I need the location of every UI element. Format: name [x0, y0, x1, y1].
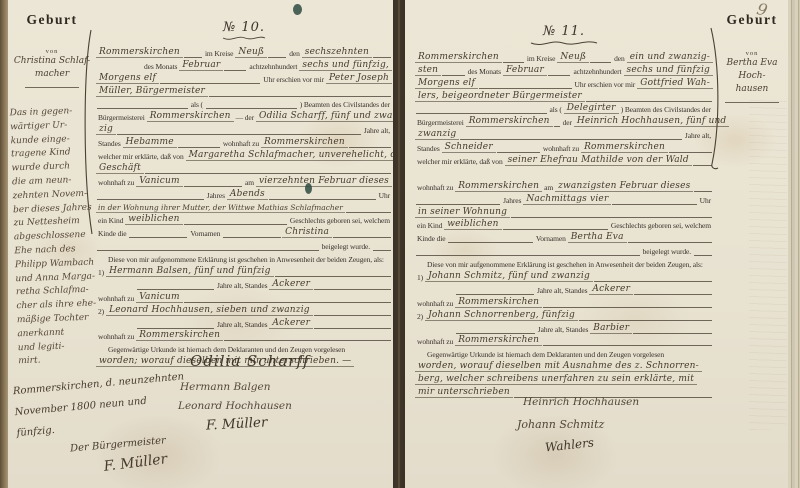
printed-form-text: im Kreise	[525, 54, 557, 63]
handwritten-entry-text: Abends	[227, 189, 268, 200]
form-lines: Rommerskirchenim KreiseNeußdensechszehnt…	[96, 45, 392, 367]
printed-form-text: wohnhaft zu	[541, 144, 581, 153]
printed-form-text: 2)	[415, 312, 425, 321]
printed-form-text: 1)	[415, 273, 425, 282]
fill-rule	[503, 228, 608, 230]
fill-rule	[543, 306, 712, 308]
fill-rule	[586, 100, 712, 102]
printed-form-text: Vornamen	[188, 229, 222, 238]
printed-form-text: Jahres	[205, 191, 227, 200]
form-line: StandesSchneiderwohnhaft zuRommerskirche…	[415, 140, 713, 153]
form-line: wohnhaft zuRommerskirchen	[96, 329, 392, 342]
handwritten-entry-text: Rommerskirchen	[415, 52, 502, 63]
birth-label: Geburt	[719, 12, 785, 28]
form-line: beigelegt wurde.	[415, 243, 713, 256]
handwritten-entry-text: seiner Ehefrau Mathilde von der Wald	[505, 155, 692, 166]
handwritten-entry-text: Februar	[503, 65, 547, 76]
fill-rule	[160, 82, 260, 84]
handwritten-entry-text: Geschäft	[96, 163, 144, 174]
right-margin-column: Geburt von Bertha Eva Hoch- hausen	[719, 12, 785, 103]
form-line: in seiner Wohnung	[415, 205, 713, 218]
entry-number: № 10.	[96, 20, 392, 35]
form-line: JahresAbendsUhr	[96, 187, 392, 200]
handwritten-entry-text: Leonard Hochhausen, sieben und zwanzig	[106, 305, 313, 316]
printed-form-text: am	[243, 178, 256, 187]
spacer	[96, 70, 142, 71]
handwritten-entry-text: zwanzig	[415, 129, 459, 140]
handwritten-entry-text: Ackerer	[589, 284, 633, 295]
printed-form-text: wohnhaft zu	[96, 178, 136, 187]
fill-rule	[184, 223, 287, 225]
printed-form-text: Kinde die	[415, 234, 447, 243]
margin-note-line: abgeschlossene	[14, 229, 90, 245]
form-line: wohnhaft zuRommerskirchenamzwanzigsten F…	[415, 179, 713, 192]
fill-rule	[268, 56, 286, 58]
fill-rule	[137, 288, 214, 290]
form-line: 1)Hermann Balsen, fünf und fünfzig	[96, 264, 392, 277]
printed-form-text: Bürgermeisterei	[96, 113, 147, 122]
handwritten-entry-text: lers, beigeordneter Bürgermeister	[415, 91, 585, 102]
form-line: BürgermeistereiRommerskirchenderHeinrich…	[415, 114, 713, 127]
margin-note-line: mirt.	[18, 353, 94, 369]
handwritten-entry-text: Morgens elf	[415, 78, 478, 89]
form-body: № 10. Rommerskirchenim KreiseNeußdensech…	[96, 20, 392, 367]
fill-rule	[346, 211, 391, 213]
fill-rule	[511, 216, 712, 218]
fill-rule	[590, 61, 611, 63]
fill-rule	[503, 61, 524, 63]
handwritten-entry-text: weiblichen	[125, 214, 182, 225]
spacer	[415, 333, 455, 334]
printed-form-text: — der	[234, 113, 256, 122]
fill-rule	[548, 74, 570, 76]
printed-form-text: Diese von mir aufgenommene Erklärung ist…	[106, 255, 386, 264]
fill-rule-short	[694, 254, 712, 256]
printed-form-text: ) Beamten des Civilstandes der	[619, 105, 713, 114]
handwritten-entry-text: Schneider	[442, 142, 496, 153]
handwritten-entry-text: Rommerskirchen	[466, 116, 553, 127]
handwritten-entry-text: sechszehnten	[302, 47, 372, 58]
fill-rule	[223, 236, 281, 238]
form-line: des MonatsFebruarachtzehnhundertsechs un…	[96, 58, 392, 71]
printed-form-text: Jahre alt, Standes	[215, 281, 269, 290]
form-line: 2)Johann Schnorrenberg, fünfzig	[415, 308, 713, 321]
fill-rule	[97, 198, 204, 200]
handwritten-entry-text: sechs und fünfzig	[624, 65, 714, 76]
printed-form-text: Uhr	[377, 191, 392, 200]
form-line: Müller, Bürgermeister	[96, 84, 392, 97]
fill-rule	[373, 56, 391, 58]
handwritten-entry-text: zwanzigsten Februar dieses	[555, 181, 693, 192]
handwritten-entry-text: Ackerer	[269, 318, 313, 329]
handwritten-entry-text: Delegirter	[564, 103, 619, 114]
spacer	[96, 328, 136, 329]
form-line: StandesHebammewohnhaft zuRommerskirchen	[96, 135, 392, 148]
legitimation-note-closing: Rommerskirchen, d. neunzehnten November …	[12, 363, 230, 480]
signature-registrar: Wahlers	[544, 435, 594, 454]
printed-form-text: Geschlechts geboren sei, welchem	[609, 221, 713, 230]
fill-rule	[97, 107, 188, 109]
spacer	[415, 268, 425, 269]
printed-form-text: Jahres	[501, 196, 523, 205]
handwritten-entry-text: Neuß	[557, 52, 589, 63]
handwritten-entry-text: worden, worauf dieselben mit Ausnahme de…	[415, 361, 702, 372]
form-line: 2)Leonard Hochhausen, sieben und zwanzig	[96, 303, 392, 316]
printed-form-text: als (	[189, 100, 205, 109]
signature-witness-1: Johann Schmitz	[517, 418, 604, 431]
handwritten-entry-text: Ackerer	[269, 279, 313, 290]
spacer	[415, 294, 455, 295]
margin-note-line: mäßige Tochter	[17, 312, 93, 328]
fill-rule	[543, 344, 712, 346]
printed-form-text: Jahre alt, Standes	[536, 325, 590, 334]
fill-rule	[137, 327, 214, 329]
printed-form-text: des Monats	[466, 67, 503, 76]
form-line: als (Delegirter) Beamten des Civilstande…	[415, 102, 713, 115]
form-line: welcher mir erklärte, daß vonseiner Ehef…	[415, 153, 713, 166]
handwritten-entry-text: berg, welcher schreibens unerfahren zu s…	[415, 374, 697, 385]
handwritten-entry-text: Rommerskirchen	[455, 335, 542, 346]
register-book-photo: Geburt von Christina Schlaf- macher Das …	[0, 0, 800, 488]
handwritten-entry-text: Margaretha Schlafmacher, unverehelicht, …	[186, 150, 393, 161]
printed-form-text: den	[612, 54, 627, 63]
handwritten-entry-text: weiblichen	[444, 219, 501, 230]
printed-form-text: der	[561, 118, 574, 127]
printed-form-text: wohnhaft zu	[415, 183, 455, 192]
fill-rule	[479, 87, 571, 89]
handwritten-entry-text: Neuß	[235, 47, 267, 58]
handwritten-entry-text: sechs und fünfzig,	[299, 60, 392, 71]
fill-rule-short	[373, 249, 391, 251]
form-line: Morgens elfUhr erschien vor mirGottfried…	[415, 76, 713, 89]
register-page-right: № 11. Rommerskirchenim KreiseNeußdenein …	[405, 0, 788, 488]
fill-rule	[442, 74, 464, 76]
fill-rule	[594, 280, 712, 282]
fill-rule	[224, 69, 246, 71]
flourish-ornament	[221, 35, 267, 42]
fill-rule	[184, 301, 391, 303]
handwritten-entry-text: sten	[415, 65, 441, 76]
printed-form-text: des Monats	[142, 62, 179, 71]
printed-form-text: Standes	[415, 144, 442, 153]
handwritten-entry-text: Vanicum	[136, 292, 183, 303]
fill-rule	[416, 254, 640, 256]
form-line: stendes MonatsFebruarachtzehnhundertsech…	[415, 63, 713, 76]
child-name-margin: hausen	[719, 83, 785, 96]
fill-rule	[314, 314, 391, 316]
handwritten-entry-text: Rommerskirchen	[96, 47, 183, 58]
form-line: wohnhaft zuRommerskirchen	[415, 295, 713, 308]
handwritten-entry-text: Johann Schmitz, fünf und zwanzig	[425, 271, 593, 282]
ink-stain	[305, 183, 312, 194]
form-line: Geschäft	[96, 161, 392, 174]
fill-rule	[209, 95, 391, 97]
form-line: Morgens elfUhr erschien vor mirPeter Jos…	[96, 71, 392, 84]
form-line: JahresNachmittags vierUhr	[415, 192, 713, 205]
handwritten-entry-text: in der Wohnung ihrer Mutter, der Wittwe …	[96, 203, 345, 213]
fill-rule	[497, 151, 540, 153]
fill-rule	[206, 107, 297, 109]
ink-stain	[293, 4, 302, 15]
spacer	[96, 289, 136, 290]
form-line: 1)Johann Schmitz, fünf und zwanzig	[415, 269, 713, 282]
printed-form-text: Gegenwärtige Urkunde ist hiernach dem De…	[425, 350, 666, 359]
form-line: zigJahre alt,	[96, 122, 392, 135]
form-line: wohnhaft zuVanicumamvierzehnten Februar …	[96, 174, 392, 187]
page-stack-edge	[788, 0, 800, 488]
printed-form-text: Kinde die	[96, 229, 128, 238]
handwritten-entry-text: Odilia Scharff, fünf und zwan-	[256, 111, 393, 122]
fill-rule	[448, 241, 532, 243]
handwritten-entry-text: Rommerskirchen	[455, 181, 542, 192]
fill-rule	[275, 275, 391, 277]
printed-form-text: welcher mir erklärte, daß von	[96, 152, 186, 161]
printed-form-text: beigelegt wurde.	[641, 247, 693, 256]
form-line: Diese von mir aufgenommene Erklärung ist…	[415, 256, 713, 269]
page-gutter	[393, 0, 405, 488]
printed-form-text: Diese von mir aufgenommene Erklärung ist…	[425, 260, 705, 269]
form-line: als () Beamten des Civilstandes der	[96, 97, 392, 110]
handwritten-entry-text: Müller, Bürgermeister	[96, 86, 208, 97]
form-line: wohnhaft zuRommerskirchen	[415, 334, 713, 347]
form-line: Rommerskirchenim KreiseNeußdenein und zw…	[415, 50, 713, 63]
birth-label: Geburt	[12, 12, 92, 28]
printed-form-text: als (	[548, 105, 564, 114]
handwritten-entry-text: Bertha Eva	[568, 232, 627, 243]
form-line: Jahre alt, StandesAckerer	[96, 277, 392, 290]
handwritten-entry-text: vierzehnten Februar dieses	[256, 176, 392, 187]
entry-number: № 11.	[415, 24, 713, 39]
fill-rule	[349, 146, 391, 148]
printed-form-text: 1)	[96, 268, 106, 277]
printed-form-text: Standes	[96, 139, 123, 148]
bleed-through-text	[749, 100, 787, 430]
book-binding-edge	[0, 0, 8, 488]
printed-form-text: wohnhaft zu	[96, 294, 136, 303]
fill-rule	[628, 241, 712, 243]
handwritten-entry-text: zig	[96, 124, 116, 135]
flourish-ornament	[529, 39, 599, 48]
printed-form-text: Uhr erschien vor mir	[573, 80, 638, 89]
fill-rule	[416, 203, 500, 205]
fill-rule	[694, 190, 712, 192]
handwritten-entry-text: ein und zwanzig-	[627, 52, 713, 63]
handwritten-entry-text: Rommerskirchen	[136, 330, 223, 341]
handwritten-entry-text: mir unterschrieben	[415, 387, 513, 398]
fill-rule	[634, 293, 712, 295]
fill-rule	[612, 203, 696, 205]
fill-rule	[184, 185, 242, 187]
printed-form-text: ein Kind	[415, 221, 444, 230]
form-line: lers, beigeordneter Bürgermeister	[415, 89, 713, 102]
handwritten-entry-text: Heinrich Hochhausen, fünf und	[574, 116, 730, 127]
printed-form-text: den	[287, 49, 302, 58]
von-label: von	[719, 50, 785, 57]
handwritten-entry-text: Vanicum	[136, 176, 183, 187]
form-line: ein KindweiblichenGeschlechts geboren se…	[96, 213, 392, 226]
handwritten-entry-text: Hebamme	[123, 137, 177, 148]
printed-form-text: Jahre alt, Standes	[535, 286, 589, 295]
form-body: № 11. Rommerskirchenim KreiseNeußdenein …	[415, 24, 713, 398]
margin-bracket	[80, 28, 94, 236]
handwritten-entry-text: Gottfried Wah-	[637, 78, 713, 89]
handwritten-entry-text: Christina	[282, 227, 332, 238]
handwritten-entry-text: Hermann Balsen, fünf und fünfzig	[106, 266, 274, 277]
fill-rule	[97, 249, 319, 251]
fill-rule	[669, 151, 712, 153]
fill-rule	[129, 236, 187, 238]
form-line: Jahre alt, StandesAckerer	[415, 282, 713, 295]
handwritten-entry-text: Rommerskirchen	[581, 142, 668, 153]
printed-form-text: wohnhaft zu	[415, 299, 455, 308]
fill-rule	[269, 198, 376, 200]
handwritten-entry-text: in seiner Wohnung	[415, 207, 510, 218]
signature-declarant: Heinrich Hochhausen	[523, 396, 639, 408]
fill-rule	[416, 112, 547, 114]
fill-rule	[314, 288, 391, 290]
printed-form-text: wohnhaft zu	[221, 139, 261, 148]
fill-rule	[456, 332, 535, 334]
printed-form-text: 2)	[96, 307, 106, 316]
form-line: wohnhaft zuVanicum	[96, 290, 392, 303]
form-line: BürgermeistereiRommerskirchen— derOdilia…	[96, 109, 392, 122]
printed-form-text: beigelegt wurde.	[320, 242, 372, 251]
printed-form-text: Bürgermeisterei	[415, 118, 466, 127]
fill-rule	[579, 319, 712, 321]
child-name-margin: Bertha Eva Hoch-	[719, 57, 785, 83]
spacer	[415, 358, 425, 359]
form-line: welcher mir erklärte, daß vonMargaretha …	[96, 148, 392, 161]
form-line: beigelegt wurde.	[96, 238, 392, 251]
printed-form-text: Jahre alt, Standes	[215, 320, 269, 329]
form-line: worden, worauf dieselben mit Ausnahme de…	[415, 359, 713, 372]
handwritten-entry-text: Rommerskirchen	[455, 297, 542, 308]
printed-form-text: achtzehnhundert	[571, 67, 623, 76]
form-line: berg, welcher schreibens unerfahren zu s…	[415, 372, 713, 385]
printed-form-text: Geschlechts geboren sei, welchem	[288, 216, 392, 225]
register-page-left: Geburt von Christina Schlaf- macher Das …	[8, 0, 393, 488]
form-line: ein KindweiblichenGeschlechts geboren se…	[415, 218, 713, 231]
handwritten-entry-text: Morgens elf	[96, 73, 159, 84]
printed-form-text: wohnhaft zu	[96, 332, 136, 341]
printed-form-text: Vornamen	[534, 234, 568, 243]
form-line: in der Wohnung ihrer Mutter, der Wittwe …	[96, 200, 392, 213]
form-line	[415, 166, 713, 179]
handwritten-entry-text: Februar	[179, 60, 223, 71]
margin-rule	[25, 87, 79, 88]
fill-rule	[554, 125, 560, 127]
printed-form-text: im Kreise	[203, 49, 235, 58]
printed-form-text: ein Kind	[96, 216, 125, 225]
spacer	[96, 353, 106, 354]
handwritten-entry-text: Peter Joseph	[326, 73, 392, 84]
fill-rule	[117, 133, 361, 135]
form-line: Rommerskirchenim KreiseNeußdensechszehnt…	[96, 45, 392, 58]
form-line: Jahre alt, StandesAckerer	[96, 316, 392, 329]
printed-form-text: am	[542, 183, 555, 192]
form-line: Kinde dieVornamenBertha Eva	[415, 230, 713, 243]
printed-form-text: achtzehnhundert	[247, 62, 299, 71]
spacer	[96, 263, 106, 264]
fill-rule	[633, 332, 712, 334]
handwritten-entry-text: Nachmittags vier	[523, 194, 611, 205]
form-line: Jahre alt, StandesBarbier	[415, 321, 713, 334]
fill-rule	[460, 138, 682, 140]
form-line: Gegenwärtige Urkunde ist hiernach dem De…	[415, 346, 713, 359]
handwritten-entry-text: Rommerskirchen	[261, 137, 348, 148]
handwritten-entry-text: Rommerskirchen	[147, 111, 234, 122]
printed-form-text: wohnhaft zu	[415, 337, 455, 346]
fill-rule	[224, 339, 391, 341]
fill-rule	[333, 236, 391, 238]
form-line: Diese von mir aufgenommene Erklärung ist…	[96, 251, 392, 264]
fill-rule	[145, 172, 391, 174]
fill-rule	[184, 56, 202, 58]
printed-form-text: Jahre alt,	[362, 126, 392, 135]
printed-form-text: welcher mir erklärte, daß von	[415, 157, 505, 166]
fill-rule	[314, 327, 391, 329]
handwritten-entry-text: Barbier	[590, 323, 632, 334]
form-line: Kinde dieVornamenChristina	[96, 225, 392, 238]
printed-form-text: Uhr erschien vor mir	[261, 75, 326, 84]
form-lines: Rommerskirchenim KreiseNeußdenein und zw…	[415, 50, 713, 398]
fill-rule	[456, 293, 534, 295]
form-line: zwanzigJahre alt,	[415, 127, 713, 140]
printed-form-text: ) Beamten des Civilstandes der	[298, 100, 392, 109]
printed-form-text: Uhr	[698, 196, 713, 205]
handwritten-entry-text: Johann Schnorrenberg, fünfzig	[425, 310, 578, 321]
fill-rule	[178, 146, 220, 148]
